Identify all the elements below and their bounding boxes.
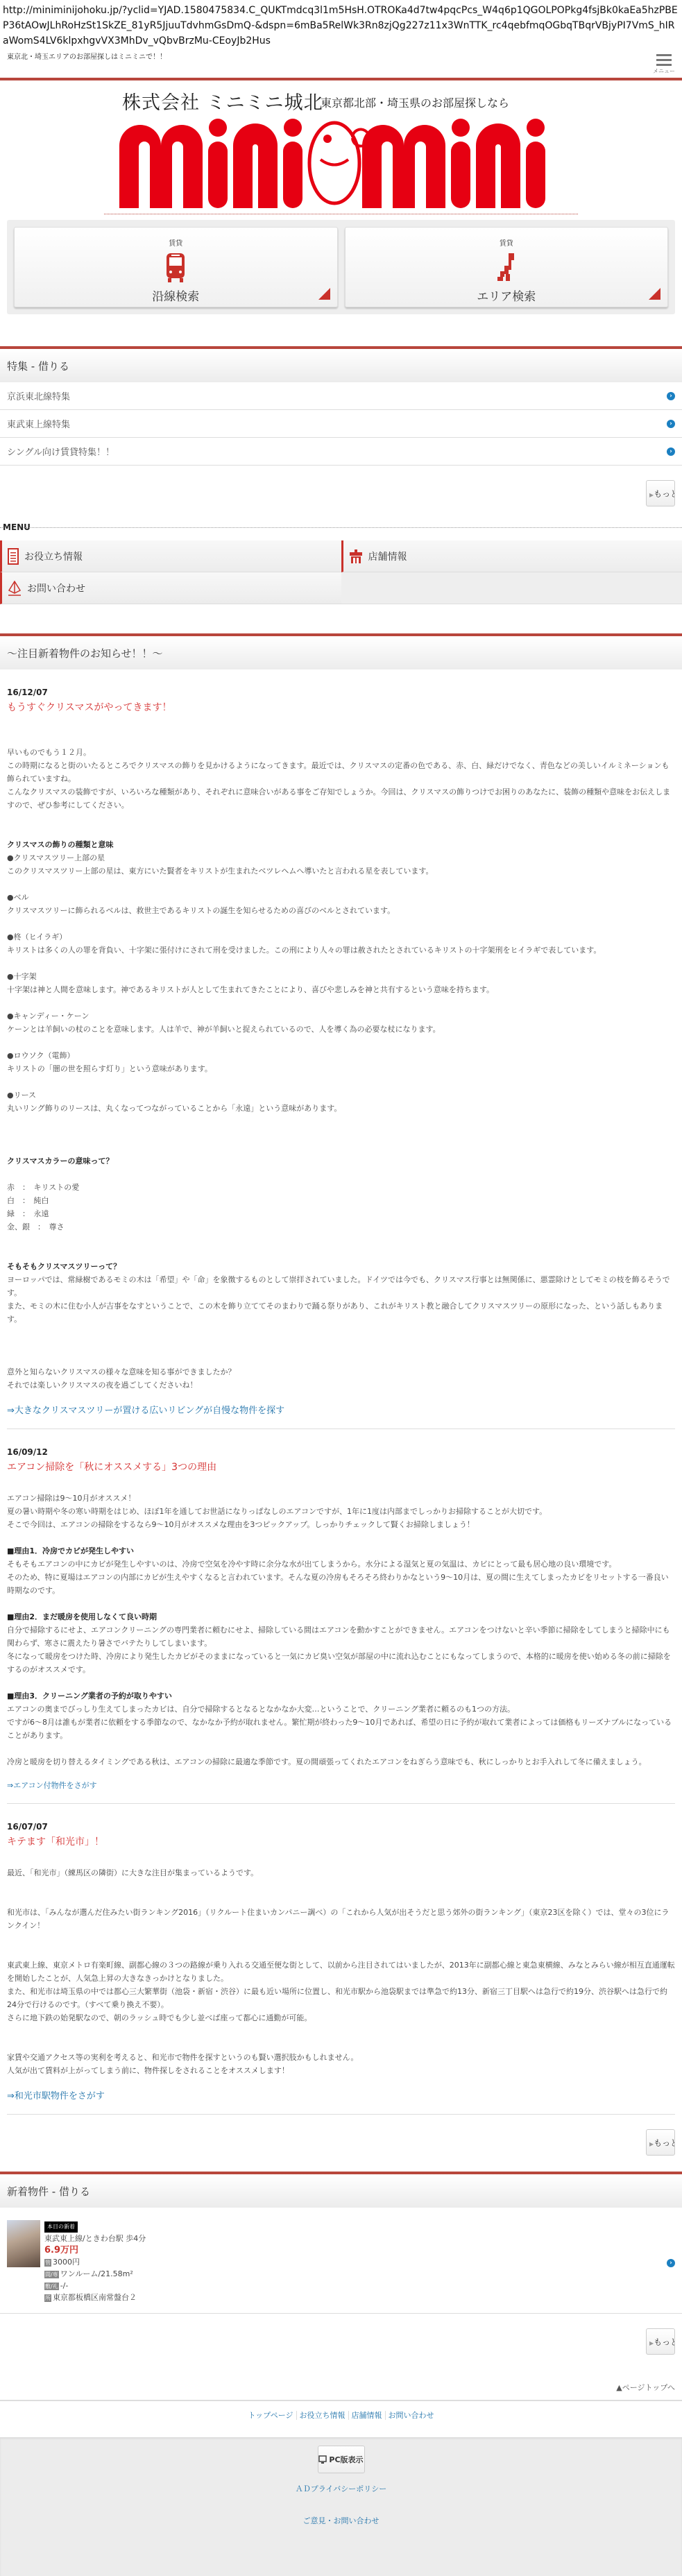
more-label: もっと見る [654, 489, 675, 499]
news-paragraph: 和光市は、「みんなが選んだ住みたい街ランキング2016」（リクルート住まいカンパ… [7, 1908, 670, 1930]
ornament-desc: キリストの「闇の世を照らす灯り」という意味があります。 [7, 1064, 212, 1073]
company-name: 株式会社 ミニミニ城北 [122, 87, 323, 114]
ornament-name: ●クリスマスツリー上部の星 [7, 853, 105, 862]
news-heading: ～注目新着物件のお知らせ！！～ [0, 633, 682, 669]
url-text: http://miniminijohoku.jp/?yclid=YJAD.158… [0, 0, 682, 50]
menu-item-contact[interactable]: お問い合わせ [0, 572, 341, 604]
footer-link-contact[interactable]: お問い合わせ [386, 2411, 437, 2420]
property-photo [7, 2220, 40, 2267]
footer-link-store-info[interactable]: 店舗情報 [349, 2411, 386, 2420]
reason-body: 自分で掃除するにせよ、エアコンクリーニングの専門業者に頼むにせよ、掃除している間… [7, 1626, 671, 1674]
features-heading: 特集 - 借りる [0, 346, 682, 382]
news-title: キテます「和光市」！ [7, 1834, 675, 1848]
ornament-name: ●柊（ヒイラギ） [7, 932, 67, 941]
news-intro: 早いものでもう１２月。 この時期になると街のいたるところでクリスマスの飾りを見か… [7, 748, 670, 810]
feature-label: 東武東上線特集 [7, 417, 70, 430]
ornament-name: ●ロウソク（電飾） [7, 1051, 75, 1060]
monitor-icon [318, 2455, 327, 2464]
property-rent: 6.9万円 [44, 2245, 78, 2255]
rent-label: 賃貸 [346, 228, 668, 248]
news-more-row: ▶もっと見る [0, 2115, 682, 2165]
news-list: 16/12/07 もうすぐクリスマスがやってきます！ 早いものでもう１２月。 こ… [0, 669, 682, 2115]
ornament-desc: クリスマスツリーに飾られるベルは、救世主であるキリストの誕生を知らせるための喜び… [7, 906, 395, 915]
chevron-right-icon: › [667, 2259, 675, 2267]
reason-body: エアコンの奥までびっしり生えてしまったカビは、自分で掃除するとなるとなかなか大変… [7, 1705, 672, 1740]
property-address: 東京都板橋区南常盤台２ [53, 2293, 137, 2302]
japan-map-icon [496, 252, 517, 282]
news-outro: 意外と知らないクリスマスの様々な意味を知る事ができましたか？ それでは楽しいクリ… [7, 1367, 236, 1390]
footer-link-top[interactable]: トップページ [245, 2411, 296, 2420]
reason-title: ■理由1．冷房でカビが発生しやすい [7, 1546, 134, 1555]
pc-view-label: PC版表示 [329, 2454, 363, 2465]
pc-view-button[interactable]: PC版表示 [318, 2446, 365, 2473]
layout-tag: 間/専 [44, 2271, 59, 2278]
logo-subtitle: 東京都北部・埼玉県のお部屋探しなら [321, 94, 509, 110]
hamburger-icon [656, 54, 672, 66]
ornament-desc: 丸いリング飾りのリースは、丸くなってつながっていることから「永遠」という意味があ… [7, 1104, 341, 1113]
property-station: 東武東上線/ときわ台駅 歩4分 [44, 2234, 146, 2243]
color-name: 白 [7, 1196, 15, 1205]
features-list: 京浜東北線特集 › 東武東上線特集 › シングル向け賃貸特集！！ › [0, 382, 682, 466]
features-more-button[interactable]: ▶もっと見る [646, 480, 675, 506]
property-info: 本日の新着 東武東上線/ときわ台駅 歩4分 6.9万円 管3000円 間/専ワン… [44, 2220, 146, 2303]
news-body: 早いものでもう１２月。 この時期になると街のいたるところでクリスマスの飾りを見か… [7, 746, 675, 1392]
ornament-name: ●キャンディー・ケーン [7, 1012, 89, 1021]
bus-icon [165, 252, 186, 282]
properties-more-row: ▶もっと見る [0, 2314, 682, 2355]
color-meaning: 純白 [34, 1196, 49, 1205]
reason-title: ■理由2．まだ暖房を使用しなくて良い時期 [7, 1612, 157, 1621]
news-link-christmas[interactable]: ⇒大きなクリスマスツリーが置ける広いリビングが自慢な物件を探す [7, 1403, 284, 1416]
color-name: 赤 [7, 1183, 15, 1192]
feature-label: 京浜東北線特集 [7, 389, 70, 402]
color-name: 緑 [7, 1209, 15, 1218]
news-entry: 16/12/07 もうすぐクリスマスがやってきます！ 早いものでもう１２月。 こ… [7, 669, 675, 1429]
site-logo[interactable]: 株式会社 ミニミニ城北 東京都北部・埼玉県のお部屋探しなら [0, 80, 682, 214]
menu-item-label: お役立ち情報 [24, 549, 83, 563]
paper-plane-icon [8, 581, 22, 596]
hamburger-menu-button[interactable]: メニュー [653, 50, 675, 78]
reason-title: ■理由3．クリーニング業者の予約が取りやすい [7, 1691, 172, 1700]
menu-item-label: 店舗情報 [368, 549, 407, 563]
menu-item-store-info[interactable]: 店舗情報 [341, 540, 682, 572]
news-date: 16/09/12 [7, 1447, 675, 1457]
news-intro: エアコン掃除は9～10月がオススメ！ 夏の暑い時期や冬の寒い時期をはじめ、ほぼ1… [7, 1494, 547, 1529]
feature-item-tobu-tojo[interactable]: 東武東上線特集 › [0, 410, 682, 438]
news-title: エアコン掃除を「秋にオススメする」3つの理由 [7, 1460, 675, 1474]
news-date: 16/07/07 [7, 1822, 675, 1832]
menu-empty-cell [341, 572, 682, 604]
section-body: ヨーロッパでは、常緑樹であるモミの木は「希望」や「命」を象徴するものとして崇拝さ… [7, 1275, 670, 1324]
property-deposit: -/- [60, 2281, 69, 2290]
reason-body: そもそもエアコンの中にカビが発生しやすいのは、冷房で空気を冷やす時に余分な水が出… [7, 1560, 669, 1595]
feedback-link[interactable]: ご意見・お問い合わせ [0, 2515, 682, 2526]
news-paragraph: 東武東上線、東京メトロ有楽町線、副都心線の３つの路線が乗り入れる交通至便な街とし… [7, 1961, 675, 2022]
feature-label: シングル向け賃貸特集！！ [7, 445, 114, 458]
corner-triangle-icon [649, 288, 660, 300]
ornament-desc: 十字架は神と人間を意味します。神であるキリストが人として生まれてきたことにより、… [7, 985, 494, 994]
news-entry: 16/07/07 キテます「和光市」！ 最近、「和光市」（練馬区の隣街）に大きな… [7, 1804, 675, 2115]
chevron-right-icon: › [667, 420, 675, 428]
features-more-row: ▶もっと見る [0, 466, 682, 507]
section-title: そもそもクリスマスツリーって？ [7, 1262, 121, 1271]
footer-link-useful-info[interactable]: お役立ち情報 [297, 2411, 349, 2420]
news-intro: 最近、「和光市」（練馬区の隣街）に大きな注目が集まっているようです。 [7, 1868, 258, 1877]
menu-item-label: お問い合わせ [27, 581, 85, 595]
footer-nav: トップページお役立ち情報店舗情報お問い合わせ [0, 2400, 682, 2437]
properties-more-button[interactable]: ▶もっと見る [646, 2328, 675, 2355]
new-today-badge: 本日の新着 [44, 2221, 78, 2233]
property-layout: ワンルーム/21.58m² [60, 2269, 133, 2278]
deposit-tag: 敷/礼 [44, 2283, 59, 2290]
ornament-desc: このクリスマスツリー上部の星は、東方にいた賢者をキリストが生まれたベツレヘムへ導… [7, 867, 433, 876]
line-search-button[interactable]: 賃貸 沿線検索 [14, 227, 338, 307]
chevron-right-icon: › [667, 392, 675, 400]
news-more-button[interactable]: ▶もっと見る [646, 2129, 675, 2156]
area-search-button[interactable]: 賃貸 エリア検索 [345, 227, 669, 307]
minimini-logo-icon [119, 118, 563, 208]
section-title: クリスマスカラーの意味って？ [7, 1157, 114, 1166]
more-label: もっと見る [654, 2138, 675, 2148]
news-title: もうすぐクリスマスがやってきます！ [7, 700, 675, 714]
menu-title: MENU [0, 522, 682, 532]
line-search-label: 沿線検索 [15, 287, 337, 304]
property-mgmt-fee: 3000円 [53, 2258, 80, 2267]
ornament-desc: キリストは多くの人の罪を背負い、十字架に張付けにされて刑を受けました。この刑によ… [7, 946, 601, 955]
more-label: もっと見る [654, 2337, 675, 2347]
news-link-aircon[interactable]: ⇒エアコン付物件をさがす [7, 1780, 97, 1791]
address-tag: 所 [44, 2294, 51, 2302]
feature-item-single[interactable]: シングル向け賃貸特集！！ › [0, 438, 682, 466]
store-icon [349, 549, 363, 563]
document-icon [8, 548, 19, 565]
news-body: 最近、「和光市」（練馬区の隣街）に大きな注目が集まっているようです。 和光市は、… [7, 1866, 675, 2077]
news-body: エアコン掃除は9～10月がオススメ！ 夏の暑い時期や冬の寒い時期をはじめ、ほぼ1… [7, 1492, 675, 1768]
ornament-desc: ケーンとは羊飼いの杖のことを意味します。人は羊で、神が羊飼いと捉えられているので… [7, 1025, 441, 1034]
site-tagline: 東京北・埼玉エリアのお部屋探しはミニミニで！！ [7, 50, 682, 62]
new-properties-heading: 新着物件 - 借りる [0, 2172, 682, 2208]
area-search-label: エリア検索 [346, 287, 668, 304]
privacy-policy-link[interactable]: ＡＤプライバシーポリシー [0, 2483, 682, 2494]
ornament-name: ●十字架 [7, 972, 37, 981]
ornament-name: ●リース [7, 1091, 36, 1100]
news-outro: 冷房と暖房を切り替えるタイミングである秋は、エアコンの掃除に最適な季節です。夏の… [7, 1757, 647, 1766]
section-title: クリスマスの飾りの種類と意味 [7, 840, 114, 849]
corner-triangle-icon [318, 288, 330, 300]
news-entry: 16/09/12 エアコン掃除を「秋にオススメする」3つの理由 エアコン掃除は9… [7, 1429, 675, 1804]
search-panel: 賃貸 沿線検索 賃貸 エリア検索 [7, 220, 675, 314]
news-date: 16/12/07 [7, 688, 675, 697]
property-card[interactable]: 本日の新着 東武東上線/ときわ台駅 歩4分 6.9万円 管3000円 間/専ワン… [0, 2208, 682, 2314]
color-name: 金、銀 [7, 1222, 30, 1231]
news-paragraph: 家賃や交通アクセス等の実利を考えると、和光市で物件を探すというのも賢い選択肢かも… [7, 2053, 358, 2075]
page-top-link[interactable]: ▲ページトップへ [0, 2355, 682, 2400]
chevron-right-icon: › [667, 447, 675, 456]
color-meaning: 永遠 [34, 1209, 49, 1218]
top-header: 東京北・埼玉エリアのお部屋探しはミニミニで！！ メニュー [0, 50, 682, 78]
ornament-name: ●ベル [7, 893, 29, 902]
color-meaning: 尊さ [49, 1222, 65, 1231]
menu-item-useful-info[interactable]: お役立ち情報 [0, 540, 341, 572]
menu-label: メニュー [653, 67, 675, 75]
menu-grid: お役立ち情報 店舗情報 お問い合わせ [0, 540, 682, 604]
mgmt-tag: 管 [44, 2259, 51, 2267]
logo-divider [104, 214, 578, 214]
news-link-wakoshi[interactable]: ⇒和光市駅物件をさがす [7, 2088, 105, 2101]
color-meaning: キリストの愛 [34, 1183, 80, 1192]
feature-item-keihin-tohoku[interactable]: 京浜東北線特集 › [0, 382, 682, 410]
footer: PC版表示 ＡＤプライバシーポリシー ご意見・お問い合わせ [0, 2437, 682, 2576]
rent-label: 賃貸 [15, 228, 337, 248]
